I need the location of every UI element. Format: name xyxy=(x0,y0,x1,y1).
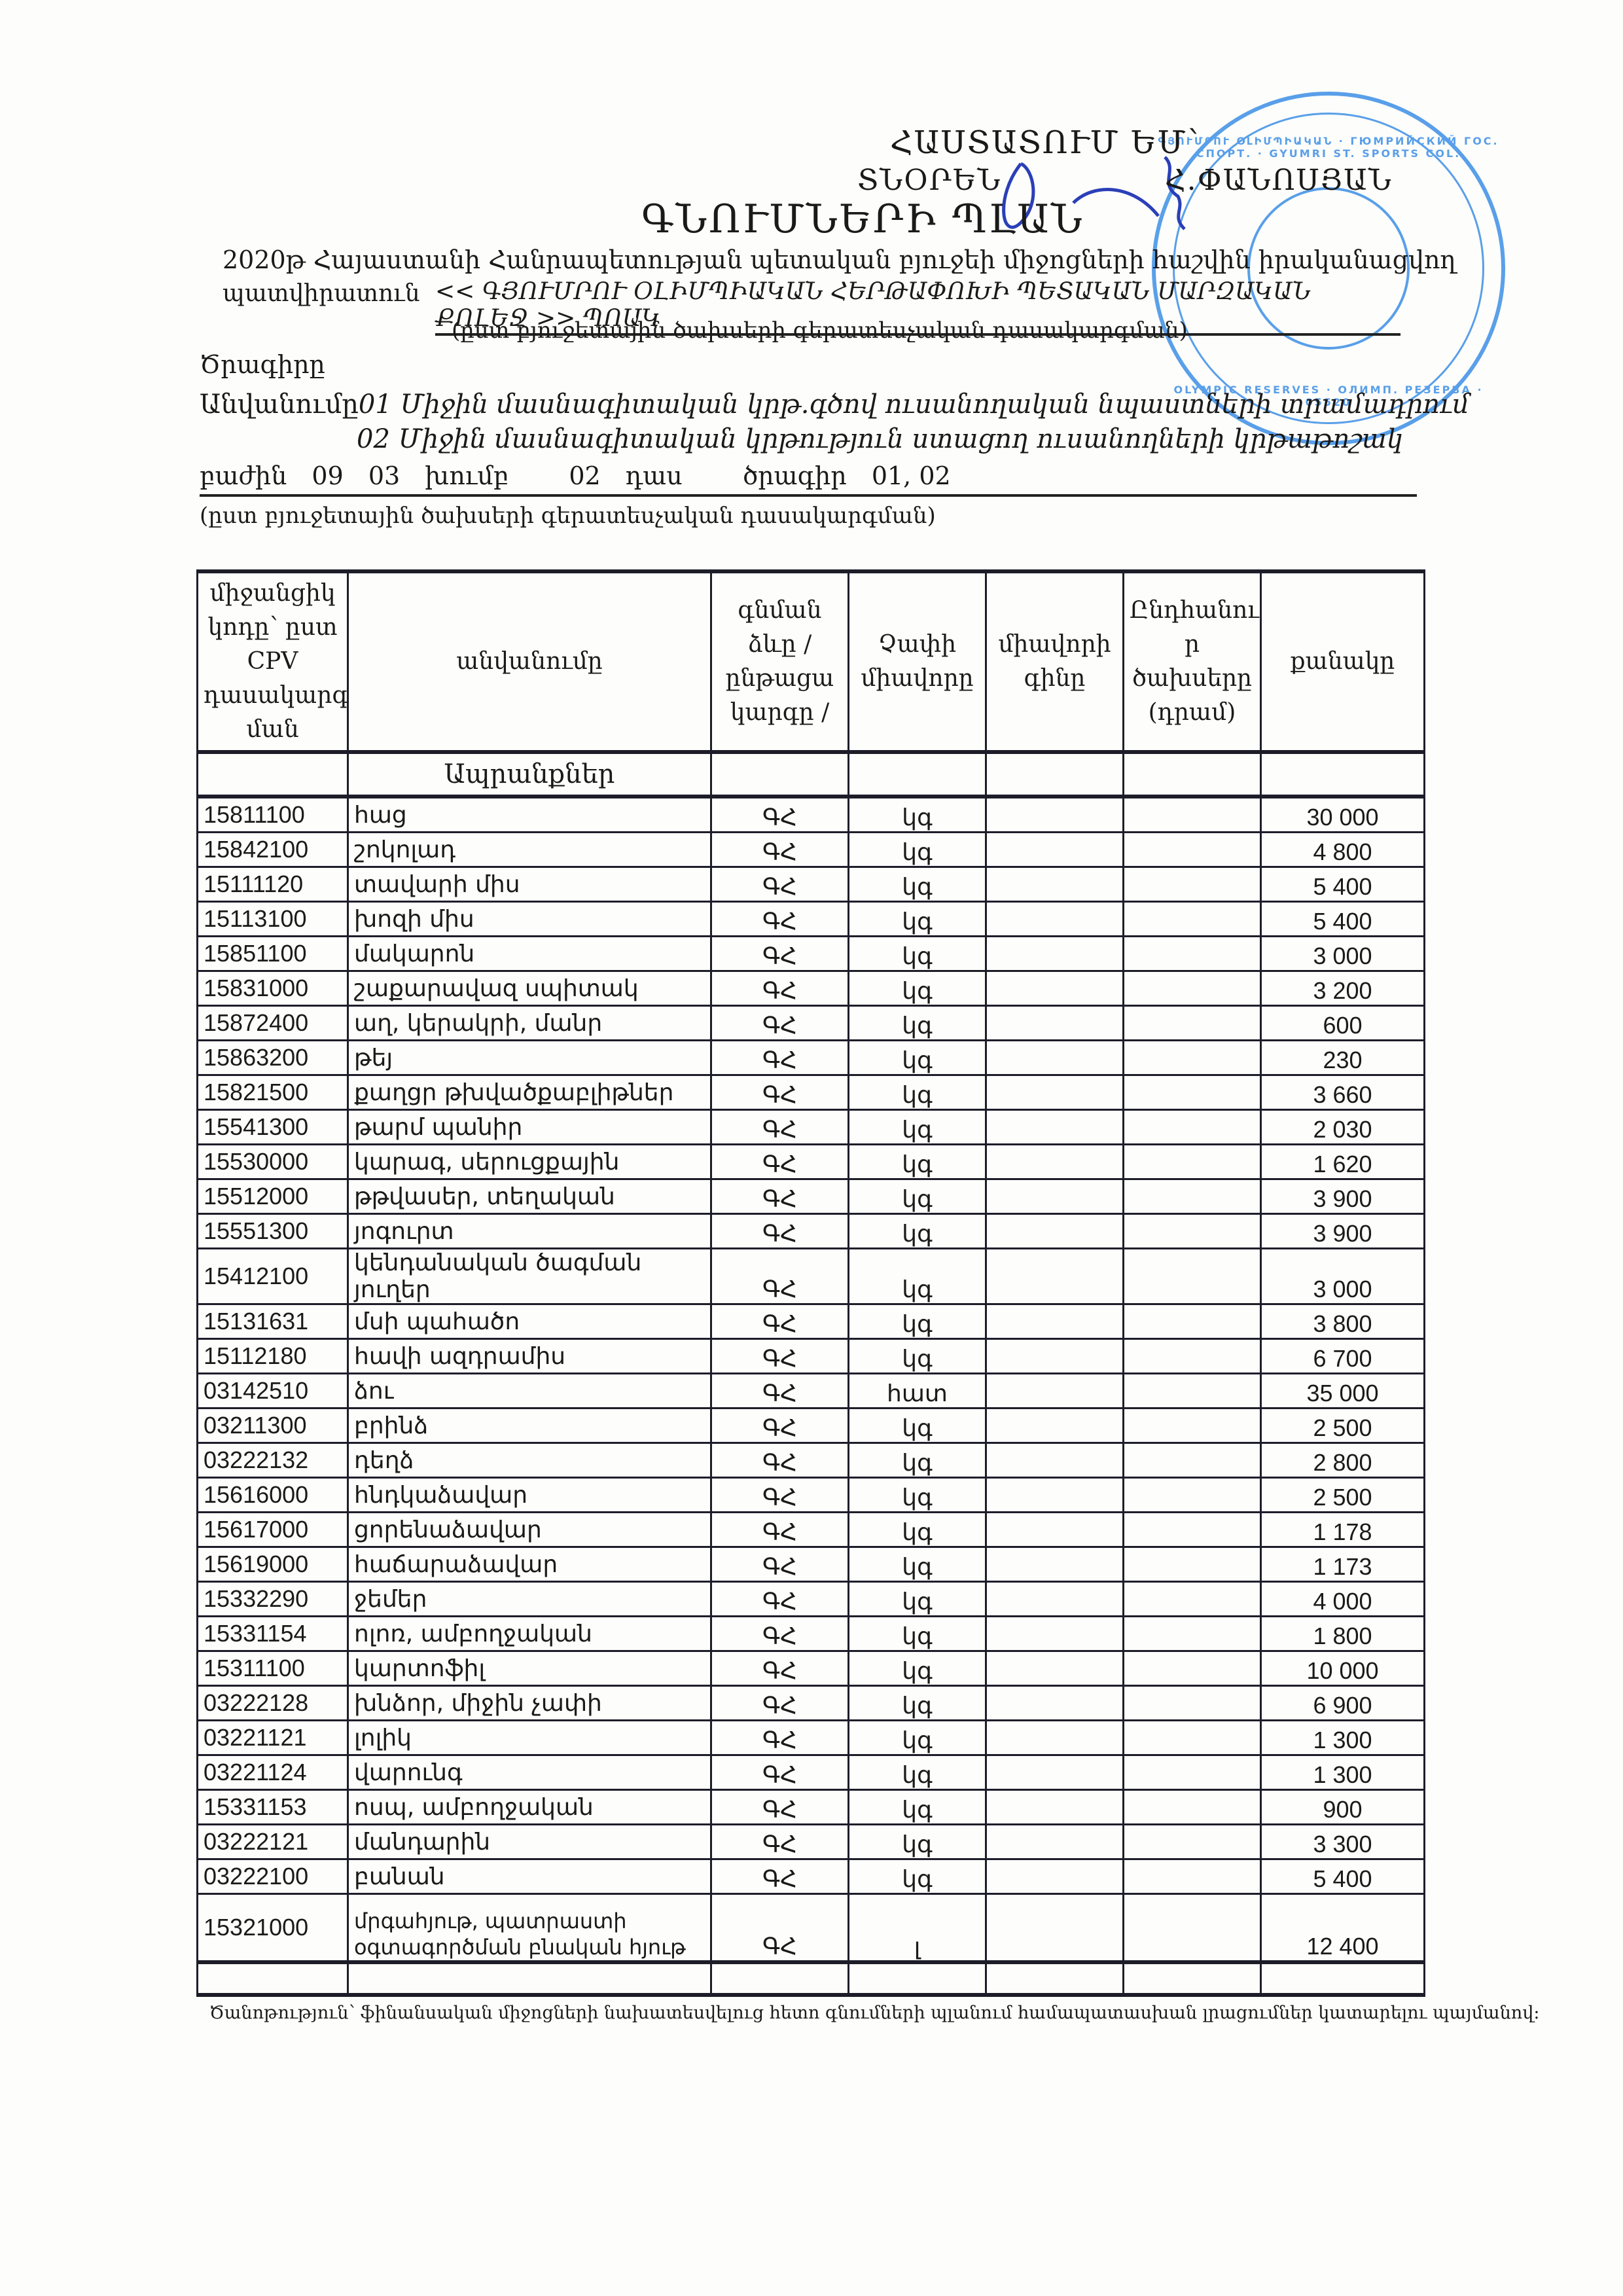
unit-cell: կգ xyxy=(849,937,986,971)
cpv-code-cell: 15331153 xyxy=(198,1790,348,1825)
unit-price-cell xyxy=(986,1859,1124,1894)
unit-price-cell xyxy=(986,1249,1124,1304)
total-cell xyxy=(1124,1790,1261,1825)
unit-price-cell xyxy=(986,937,1124,971)
total-cell xyxy=(1124,1651,1261,1686)
quantity-cell: 6 900 xyxy=(1261,1686,1425,1721)
header-quantity: քանակը xyxy=(1261,571,1425,752)
unit-cell: կգ xyxy=(849,1179,986,1214)
cpv-code-cell: 15872400 xyxy=(198,1006,348,1041)
cpv-code-cell: 15831000 xyxy=(198,971,348,1006)
total-cell xyxy=(1124,1249,1261,1304)
item-name-cell: բրինձ xyxy=(348,1408,711,1443)
total-cell xyxy=(1124,1304,1261,1339)
cpv-code-cell: 15530000 xyxy=(198,1145,348,1179)
item-name-cell: վարունգ xyxy=(348,1755,711,1790)
unit-price-cell xyxy=(986,1408,1124,1443)
item-name-cell: ջեմեր xyxy=(348,1582,711,1617)
unit-price-cell xyxy=(986,1006,1124,1041)
group-value: 03 xyxy=(368,461,400,490)
table-row: 03222132դեղձԳՀկգ2 800 xyxy=(198,1443,1425,1478)
classification-note: (ըստ բյուջետային ծախսերի գերատեսչական դա… xyxy=(200,503,936,529)
item-name-cell: դեղձ xyxy=(348,1443,711,1478)
table-row: 15412100կենդանական ծագման յուղերԳՀկգ3 00… xyxy=(198,1249,1425,1304)
item-name-cell: խոզի միս xyxy=(348,902,711,937)
item-name-cell: կարագ, սերուցքային xyxy=(348,1145,711,1179)
unit-price-cell xyxy=(986,1755,1124,1790)
unit-price-cell xyxy=(986,1443,1124,1478)
item-name-cell: ոսպ, ամբողջական xyxy=(348,1790,711,1825)
quantity-cell: 2 030 xyxy=(1261,1110,1425,1145)
unit-cell: կգ xyxy=(849,1145,986,1179)
classification-note-top: (ըստ բյուջետային ծախսերի գերատեսչական դա… xyxy=(452,317,1188,344)
cpv-code-cell: 03142510 xyxy=(198,1374,348,1408)
unit-price-cell xyxy=(986,1513,1124,1547)
program-name-1: Անվանումը01 Միջին մասնագիտական կրթ.գծով … xyxy=(200,389,1469,420)
procedure-cell: ԳՀ xyxy=(711,1686,849,1721)
director-name: Հ.ՓԱՆՈՍՅԱՆ xyxy=(1165,164,1393,197)
procedure-cell: ԳՀ xyxy=(711,1721,849,1755)
cpv-code-cell: 03222100 xyxy=(198,1859,348,1894)
item-name-cell: թարմ պանիր xyxy=(348,1110,711,1145)
section-label: բաժին xyxy=(200,461,287,490)
cpv-code-cell: 15311100 xyxy=(198,1651,348,1686)
total-cell xyxy=(1124,1894,1261,1963)
cpv-code-cell: 03222132 xyxy=(198,1443,348,1478)
procedure-cell: ԳՀ xyxy=(711,1006,849,1041)
header-cpv-code: միջանցիկ կոդը՝ ըստ CPV դասակարգ ման xyxy=(198,571,348,752)
total-cell xyxy=(1124,1110,1261,1145)
section-title: Ապրանքներ xyxy=(348,752,711,797)
table-row: 15331153ոսպ, ամբողջականԳՀկգ900 xyxy=(198,1790,1425,1825)
item-name-cell: մանդարին xyxy=(348,1825,711,1859)
total-cell xyxy=(1124,1547,1261,1582)
cpv-code-cell: 15619000 xyxy=(198,1547,348,1582)
unit-price-cell xyxy=(986,1547,1124,1582)
unit-price-cell xyxy=(986,1214,1124,1249)
item-name-cell: ոլոռ, ամբողջական xyxy=(348,1617,711,1651)
table-row: 03221124վարունգԳՀկգ1 300 xyxy=(198,1755,1425,1790)
group-label: խումբ xyxy=(425,461,508,490)
cpv-code-cell: 15541300 xyxy=(198,1110,348,1145)
procedure-cell: ԳՀ xyxy=(711,1755,849,1790)
procedure-cell: ԳՀ xyxy=(711,1075,849,1110)
program-code-label: ծրագիր xyxy=(743,461,847,490)
procedure-cell: ԳՀ xyxy=(711,1790,849,1825)
total-cell xyxy=(1124,1443,1261,1478)
cpv-code-cell: 03221124 xyxy=(198,1755,348,1790)
director-label: ՏՆՕՐԵՆ xyxy=(857,164,1001,197)
item-name-cell: շոկոլադ xyxy=(348,833,711,867)
cpv-code-cell: 15616000 xyxy=(198,1478,348,1513)
unit-cell: կգ xyxy=(849,1304,986,1339)
procedure-cell: ԳՀ xyxy=(711,1478,849,1513)
class-label: դաս xyxy=(626,461,683,490)
cpv-code-cell: 15321000 xyxy=(198,1894,348,1963)
table-row: 03142510ձուԳՀհատ35 000 xyxy=(198,1374,1425,1408)
quantity-cell: 5 400 xyxy=(1261,1859,1425,1894)
item-name-cell: ցորենաձավար xyxy=(348,1513,711,1547)
unit-price-cell xyxy=(986,1651,1124,1686)
class-value: 02 xyxy=(569,461,600,490)
table-row: 15541300թարմ պանիրԳՀկգ2 030 xyxy=(198,1110,1425,1145)
unit-cell: կգ xyxy=(849,1859,986,1894)
total-cell xyxy=(1124,902,1261,937)
unit-price-cell xyxy=(986,797,1124,833)
total-cell xyxy=(1124,1825,1261,1859)
item-name-cell: շաքարավազ սպիտակ xyxy=(348,971,711,1006)
table-row: 03222100բանանԳՀկգ5 400 xyxy=(198,1859,1425,1894)
total-cell xyxy=(1124,1408,1261,1443)
procedure-cell: ԳՀ xyxy=(711,867,849,902)
unit-cell: կգ xyxy=(849,1686,986,1721)
unit-price-cell xyxy=(986,1145,1124,1179)
item-name-cell: մսի պահածո xyxy=(348,1304,711,1339)
quantity-cell: 600 xyxy=(1261,1006,1425,1041)
footnote: Ծանոթություն՝ ֆինանսական միջոցների նախատ… xyxy=(209,2003,1539,2023)
unit-cell: հատ xyxy=(849,1374,986,1408)
unit-cell: կգ xyxy=(849,833,986,867)
item-name-cell: աղ, կերակրի, մանր xyxy=(348,1006,711,1041)
table-row: 15872400աղ, կերակրի, մանրԳՀկգ600 xyxy=(198,1006,1425,1041)
total-cell xyxy=(1124,1179,1261,1214)
procedure-cell: ԳՀ xyxy=(711,1547,849,1582)
table-row: 15111120տավարի միսԳՀկգ5 400 xyxy=(198,867,1425,902)
program-item-1: 01 Միջին մասնագիտական կրթ.գծով ուսանողակ… xyxy=(359,389,1469,420)
program-label: Ծրագիրը xyxy=(200,350,325,379)
quantity-cell: 2 500 xyxy=(1261,1478,1425,1513)
quantity-cell: 35 000 xyxy=(1261,1374,1425,1408)
quantity-cell: 5 400 xyxy=(1261,902,1425,937)
unit-cell: կգ xyxy=(849,1790,986,1825)
header-procedure: գնման ձևը /ընթացա կարգը / xyxy=(711,571,849,752)
quantity-cell: 3 660 xyxy=(1261,1075,1425,1110)
procedure-cell: ԳՀ xyxy=(711,1304,849,1339)
item-name-cell: կարտոֆիլ xyxy=(348,1651,711,1686)
quantity-cell: 1 300 xyxy=(1261,1755,1425,1790)
unit-cell: կգ xyxy=(849,1651,986,1686)
table-row: 15530000կարագ, սերուցքայինԳՀկգ1 620 xyxy=(198,1145,1425,1179)
total-cell xyxy=(1124,1582,1261,1617)
total-cell xyxy=(1124,833,1261,867)
table-row: 03211300բրինձԳՀկգ2 500 xyxy=(198,1408,1425,1443)
unit-price-cell xyxy=(986,833,1124,867)
section-row: Ապրանքներ xyxy=(198,752,1425,797)
total-cell xyxy=(1124,1374,1261,1408)
table-row: 15112180հավի ազդրամիսԳՀկգ6 700 xyxy=(198,1339,1425,1374)
total-cell xyxy=(1124,1214,1261,1249)
unit-cell: կգ xyxy=(849,1041,986,1075)
table-row: 03221121լոլիկԳՀկգ1 300 xyxy=(198,1721,1425,1755)
unit-price-cell xyxy=(986,1721,1124,1755)
procedure-cell: ԳՀ xyxy=(711,1145,849,1179)
item-name-cell: խնձոր, միջին չափի xyxy=(348,1686,711,1721)
quantity-cell: 4 800 xyxy=(1261,833,1425,867)
item-name-cell: մրգահյութ, պատրաստի օգտագործման բնական հ… xyxy=(348,1894,711,1963)
procedure-cell: ԳՀ xyxy=(711,833,849,867)
procedure-cell: ԳՀ xyxy=(711,1617,849,1651)
cpv-code-cell: 03222121 xyxy=(198,1825,348,1859)
cpv-code-cell: 15412100 xyxy=(198,1249,348,1304)
cpv-code-cell: 15551300 xyxy=(198,1214,348,1249)
unit-cell: կգ xyxy=(849,902,986,937)
quantity-cell: 1 620 xyxy=(1261,1145,1425,1179)
unit-price-cell xyxy=(986,1790,1124,1825)
unit-price-cell xyxy=(986,867,1124,902)
procedure-cell: ԳՀ xyxy=(711,902,849,937)
procedure-cell: ԳՀ xyxy=(711,1408,849,1443)
table-row: 15311100կարտոֆիլԳՀկգ10 000 xyxy=(198,1651,1425,1686)
quantity-cell: 1 800 xyxy=(1261,1617,1425,1651)
quantity-cell: 1 178 xyxy=(1261,1513,1425,1547)
quantity-cell: 3 000 xyxy=(1261,1249,1425,1304)
unit-cell: կգ xyxy=(849,1721,986,1755)
table-row: 15842100շոկոլադԳՀկգ4 800 xyxy=(198,833,1425,867)
table-row: 03222121մանդարինԳՀկգ3 300 xyxy=(198,1825,1425,1859)
table-row: 15821500քաղցր թխվածքաբլիթներԳՀկգ3 660 xyxy=(198,1075,1425,1110)
total-cell xyxy=(1124,937,1261,971)
procurement-table: միջանցիկ կոդը՝ ըստ CPV դասակարգ ման անվա… xyxy=(196,569,1425,1997)
quantity-cell: 3 900 xyxy=(1261,1179,1425,1214)
unit-price-cell xyxy=(986,1304,1124,1339)
unit-price-cell xyxy=(986,1179,1124,1214)
total-cell xyxy=(1124,1006,1261,1041)
budget-description: 2020թ Հայաստանի Հանրապետության պետական բ… xyxy=(223,245,1456,274)
item-name-cell: քաղցր թխվածքաբլիթներ xyxy=(348,1075,711,1110)
procedure-cell: ԳՀ xyxy=(711,1513,849,1547)
header-unit-price: միավորի գինը xyxy=(986,571,1124,752)
unit-price-cell xyxy=(986,1374,1124,1408)
unit-price-cell xyxy=(986,1339,1124,1374)
unit-cell: կգ xyxy=(849,1582,986,1617)
unit-price-cell xyxy=(986,1075,1124,1110)
item-name-cell: թեյ xyxy=(348,1041,711,1075)
total-cell xyxy=(1124,1478,1261,1513)
total-cell xyxy=(1124,1513,1261,1547)
unit-cell: կգ xyxy=(849,1075,986,1110)
quantity-cell: 6 700 xyxy=(1261,1339,1425,1374)
unit-cell: կգ xyxy=(849,867,986,902)
item-name-cell: հնդկաձավար xyxy=(348,1478,711,1513)
cpv-code-cell: 15113100 xyxy=(198,902,348,937)
unit-cell: կգ xyxy=(849,1513,986,1547)
total-cell xyxy=(1124,971,1261,1006)
total-cell xyxy=(1124,1145,1261,1179)
total-cell xyxy=(1124,867,1261,902)
quantity-cell: 5 400 xyxy=(1261,867,1425,902)
unit-cell: կգ xyxy=(849,1617,986,1651)
procedure-cell: ԳՀ xyxy=(711,1179,849,1214)
cpv-code-cell: 15512000 xyxy=(198,1179,348,1214)
program-name-2: 02 Միջին մասնագիտական կրթություն ստացող … xyxy=(357,424,1403,454)
unit-price-cell xyxy=(986,1686,1124,1721)
procedure-cell: ԳՀ xyxy=(711,1214,849,1249)
quantity-cell: 1 300 xyxy=(1261,1721,1425,1755)
table-row: 15831000շաքարավազ սպիտակԳՀկգ3 200 xyxy=(198,971,1425,1006)
item-name-cell: բանան xyxy=(348,1859,711,1894)
budget-classification: բաժին 09 03 խումբ 02 դաս ծրագիր 01, 02 xyxy=(200,461,1417,497)
total-cell xyxy=(1124,797,1261,833)
quantity-cell: 4 000 xyxy=(1261,1582,1425,1617)
unit-cell: կգ xyxy=(849,797,986,833)
quantity-cell: 3 800 xyxy=(1261,1304,1425,1339)
table-row: 15619000հաճարաձավարԳՀկգ1 173 xyxy=(198,1547,1425,1582)
procedure-cell: ԳՀ xyxy=(711,797,849,833)
cpv-code-cell: 15851100 xyxy=(198,937,348,971)
procedure-cell: ԳՀ xyxy=(711,1894,849,1963)
empty-total-row xyxy=(198,1962,1425,1995)
quantity-cell: 2 800 xyxy=(1261,1443,1425,1478)
unit-cell: կգ xyxy=(849,971,986,1006)
total-cell xyxy=(1124,1041,1261,1075)
cpv-code-cell: 03222128 xyxy=(198,1686,348,1721)
item-name-cell: մակարոն xyxy=(348,937,711,971)
total-cell xyxy=(1124,1686,1261,1721)
unit-cell: կգ xyxy=(849,1249,986,1304)
table-row: 15617000ցորենաձավարԳՀկգ1 178 xyxy=(198,1513,1425,1547)
program-item-2: 02 Միջին մասնագիտական կրթություն ստացող … xyxy=(357,424,1403,454)
quantity-cell: 3 900 xyxy=(1261,1214,1425,1249)
procedure-cell: ԳՀ xyxy=(711,1582,849,1617)
procedure-cell: ԳՀ xyxy=(711,1859,849,1894)
unit-price-cell xyxy=(986,1478,1124,1513)
program-code-value: 01, 02 xyxy=(872,461,951,490)
table-row: 15113100խոզի միսԳՀկգ5 400 xyxy=(198,902,1425,937)
total-cell xyxy=(1124,1721,1261,1755)
cpv-code-cell: 15821500 xyxy=(198,1075,348,1110)
unit-cell: կգ xyxy=(849,1408,986,1443)
item-name-cell: տավարի միս xyxy=(348,867,711,902)
procedure-cell: ԳՀ xyxy=(711,1249,849,1304)
quantity-cell: 12 400 xyxy=(1261,1894,1425,1963)
cpv-code-cell: 15131631 xyxy=(198,1304,348,1339)
cpv-code-cell: 15617000 xyxy=(198,1513,348,1547)
table-header-row: միջանցիկ կոդը՝ ըստ CPV դասակարգ ման անվա… xyxy=(198,571,1425,752)
table-row: 15851100մակարոնԳՀկգ3 000 xyxy=(198,937,1425,971)
cpv-code-cell: 15332290 xyxy=(198,1582,348,1617)
cpv-code-cell: 15811100 xyxy=(198,797,348,833)
quantity-cell: 900 xyxy=(1261,1790,1425,1825)
unit-cell: լ xyxy=(849,1894,986,1963)
total-cell xyxy=(1124,1755,1261,1790)
cpv-code-cell: 15111120 xyxy=(198,867,348,902)
procedure-cell: ԳՀ xyxy=(711,1374,849,1408)
procedure-cell: ԳՀ xyxy=(711,937,849,971)
unit-cell: կգ xyxy=(849,1547,986,1582)
item-name-cell: ձու xyxy=(348,1374,711,1408)
table-row: 15863200թեյԳՀկգ230 xyxy=(198,1041,1425,1075)
header-total: Ընդհանու ր ծախսերը (դրամ) xyxy=(1124,571,1261,752)
item-name-cell: կենդանական ծագման յուղեր xyxy=(348,1249,711,1304)
item-name-cell: յոգուրտ xyxy=(348,1214,711,1249)
unit-price-cell xyxy=(986,971,1124,1006)
table-row: 03222128խնձոր, միջին չափիԳՀկգ6 900 xyxy=(198,1686,1425,1721)
unit-price-cell xyxy=(986,1041,1124,1075)
quantity-cell: 3 200 xyxy=(1261,971,1425,1006)
unit-price-cell xyxy=(986,902,1124,937)
total-cell xyxy=(1124,1617,1261,1651)
quantity-cell: 1 173 xyxy=(1261,1547,1425,1582)
unit-price-cell xyxy=(986,1110,1124,1145)
unit-price-cell xyxy=(986,1894,1124,1963)
unit-price-cell xyxy=(986,1582,1124,1617)
table-row: 15811100հացԳՀկգ30 000 xyxy=(198,797,1425,833)
item-name-cell: թթվասեր, տեղական xyxy=(348,1179,711,1214)
item-name-cell: հավի ազդրամիս xyxy=(348,1339,711,1374)
table-row: 15512000թթվասեր, տեղականԳՀկգ3 900 xyxy=(198,1179,1425,1214)
approval-heading: ՀԱՍՏԱՏՈՒՄ ԵՄ՝ xyxy=(890,124,1200,161)
unit-cell: կգ xyxy=(849,1443,986,1478)
item-name-cell: հաց xyxy=(348,797,711,833)
total-cell xyxy=(1124,1339,1261,1374)
procedure-cell: ԳՀ xyxy=(711,1041,849,1075)
total-cell xyxy=(1124,1859,1261,1894)
section-value: 09 xyxy=(312,461,343,490)
table-row: 15616000հնդկաձավարԳՀկգ2 500 xyxy=(198,1478,1425,1513)
quantity-cell: 230 xyxy=(1261,1041,1425,1075)
cpv-code-cell: 03211300 xyxy=(198,1408,348,1443)
cpv-code-cell: 15331154 xyxy=(198,1617,348,1651)
cpv-code-cell: 15842100 xyxy=(198,833,348,867)
unit-cell: կգ xyxy=(849,1006,986,1041)
cpv-code-cell: 15863200 xyxy=(198,1041,348,1075)
procedure-cell: ԳՀ xyxy=(711,1443,849,1478)
procedure-cell: ԳՀ xyxy=(711,1110,849,1145)
item-name-cell: լոլիկ xyxy=(348,1721,711,1755)
table-row: 15332290ջեմերԳՀկգ4 000 xyxy=(198,1582,1425,1617)
quantity-cell: 3 300 xyxy=(1261,1825,1425,1859)
quantity-cell: 3 000 xyxy=(1261,937,1425,971)
unit-price-cell xyxy=(986,1825,1124,1859)
item-name-cell: հաճարաձավար xyxy=(348,1547,711,1582)
unit-price-cell xyxy=(986,1617,1124,1651)
table-row: 15551300յոգուրտԳՀկգ3 900 xyxy=(198,1214,1425,1249)
cpv-code-cell: 15112180 xyxy=(198,1339,348,1374)
quantity-cell: 10 000 xyxy=(1261,1651,1425,1686)
unit-cell: կգ xyxy=(849,1478,986,1513)
quantity-cell: 2 500 xyxy=(1261,1408,1425,1443)
procedure-cell: ԳՀ xyxy=(711,1339,849,1374)
quantity-cell: 30 000 xyxy=(1261,797,1425,833)
table-row: 15321000մրգահյութ, պատրաստի օգտագործման … xyxy=(198,1894,1425,1963)
procedure-cell: ԳՀ xyxy=(711,1651,849,1686)
procedure-cell: ԳՀ xyxy=(711,971,849,1006)
customer-label: պատվիրատուն xyxy=(223,280,419,307)
total-cell xyxy=(1124,1075,1261,1110)
header-name: անվանումը xyxy=(348,571,711,752)
unit-cell: կգ xyxy=(849,1214,986,1249)
unit-cell: կգ xyxy=(849,1339,986,1374)
unit-cell: կգ xyxy=(849,1110,986,1145)
name-label: Անվանումը xyxy=(200,389,359,420)
header-unit: Չափի միավորը xyxy=(849,571,986,752)
cpv-code-cell: 03221121 xyxy=(198,1721,348,1755)
unit-cell: կգ xyxy=(849,1755,986,1790)
table-row: 15131631մսի պահածոԳՀկգ3 800 xyxy=(198,1304,1425,1339)
table-row: 15331154ոլոռ, ամբողջականԳՀկգ1 800 xyxy=(198,1617,1425,1651)
procedure-cell: ԳՀ xyxy=(711,1825,849,1859)
document-title: ԳՆՈՒՄՆԵՐԻ ՊԼԱՆ xyxy=(641,196,1084,242)
unit-cell: կգ xyxy=(849,1825,986,1859)
